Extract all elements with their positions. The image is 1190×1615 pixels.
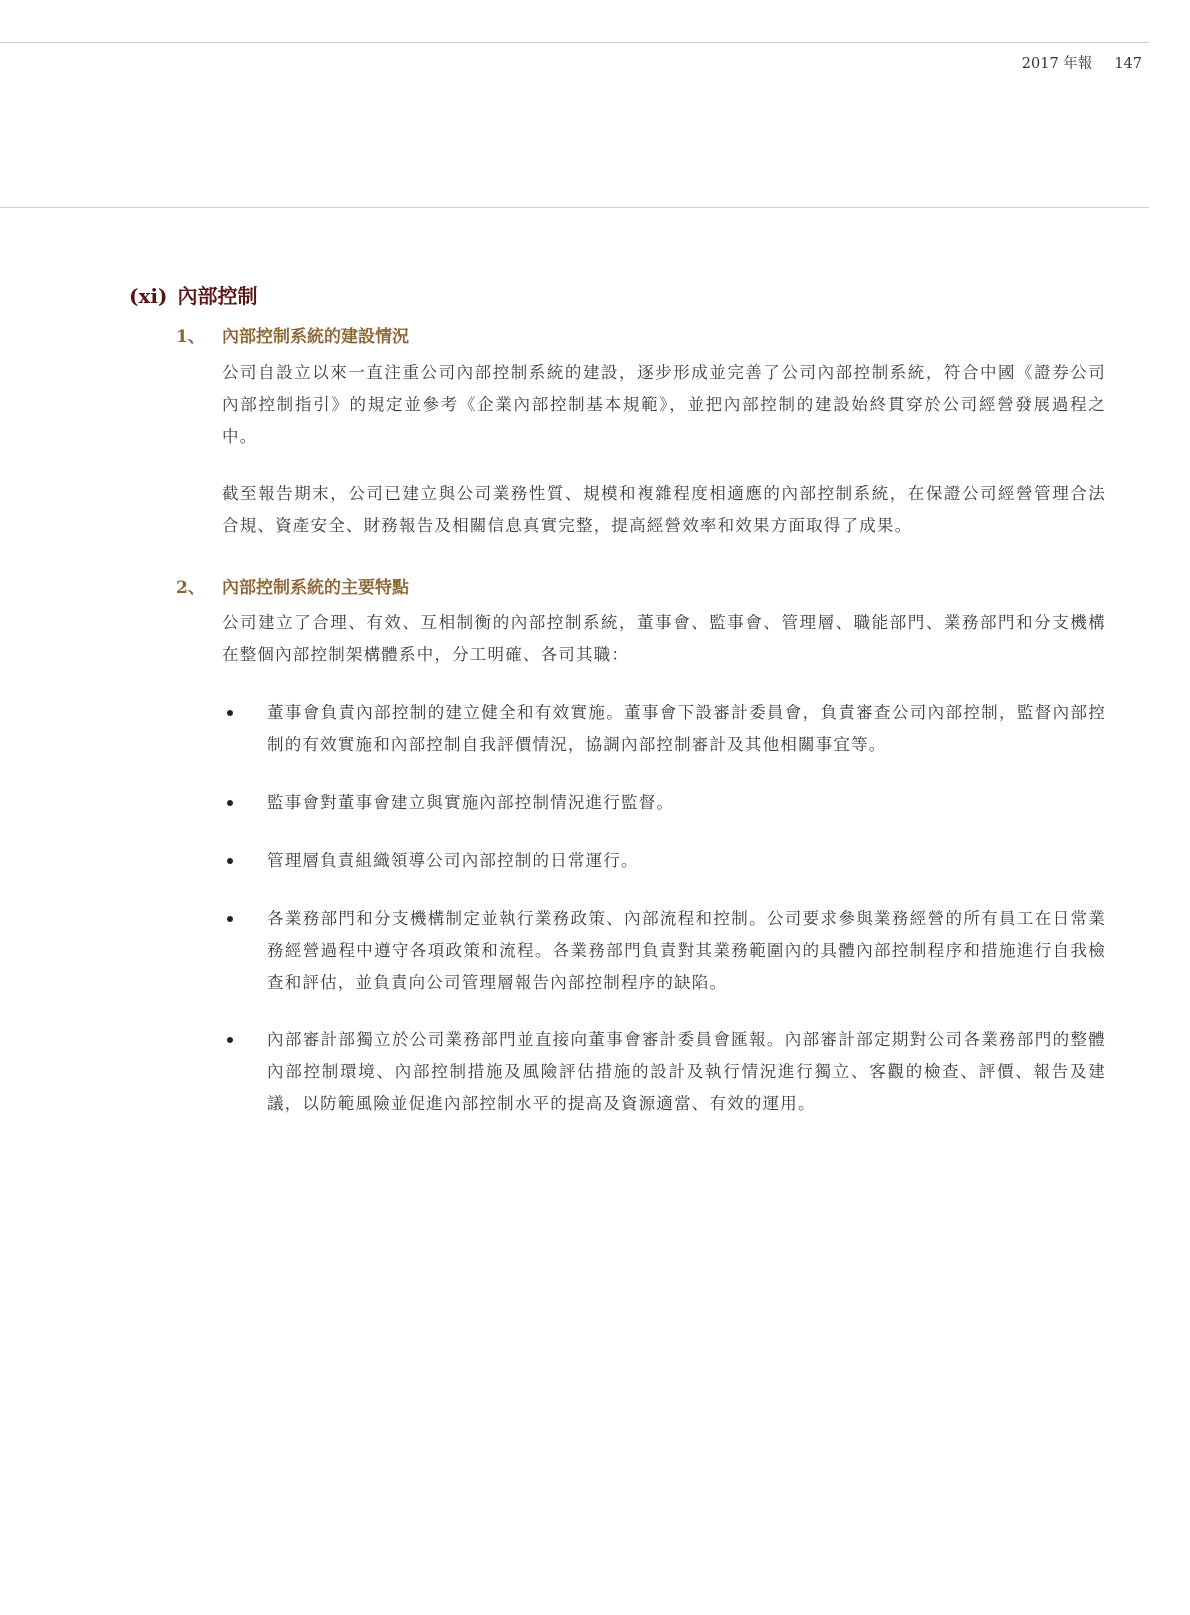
section-heading: (xi)內部控制 [129, 280, 257, 309]
section-divider [0, 207, 1149, 208]
list-item: 管理層負責組織領導公司內部控制的日常運行。 [222, 845, 1106, 877]
bullet-icon [227, 916, 233, 922]
paragraph: 公司建立了合理、有效、互相制衡的內部控制系統，董事會、監事會、管理層、職能部門、… [222, 607, 1106, 671]
bullet-icon [227, 800, 233, 806]
paragraph: 截至報告期末，公司已建立與公司業務性質、規模和複雜程度相適應的內部控制系統，在保… [222, 478, 1106, 542]
bullet-icon [227, 710, 233, 716]
list-item-text: 董事會負責內部控制的建立健全和有效實施。董事會下設審計委員會，負責審查公司內部控… [267, 697, 1106, 761]
header-rule [0, 42, 1149, 43]
page-number: 147 [1114, 56, 1142, 72]
page-header: 2017 年報147 [1022, 52, 1142, 73]
list-item: 監事會對董事會建立與實施內部控制情況進行監督。 [222, 787, 1106, 819]
list-item-text: 內部審計部獨立於公司業務部門並直接向董事會審計委員會匯報。內部審計部定期對公司各… [267, 1024, 1106, 1120]
list-item: 內部審計部獨立於公司業務部門並直接向董事會審計委員會匯報。內部審計部定期對公司各… [222, 1024, 1106, 1120]
bullet-icon [227, 1037, 233, 1043]
list-item: 各業務部門和分支機構制定並執行業務政策、內部流程和控制。公司要求參與業務經營的所… [222, 903, 1106, 999]
subsection-number: 2、 [176, 573, 222, 598]
subsection-heading-2: 2、內部控制系統的主要特點 [176, 573, 409, 598]
list-item-text: 管理層負責組織領導公司內部控制的日常運行。 [267, 845, 1106, 877]
report-title: 2017 年報 [1022, 56, 1093, 72]
paragraph: 公司自設立以來一直注重公司內部控制系統的建設，逐步形成並完善了公司內部控制系統，… [222, 357, 1106, 453]
subsection-heading-1: 1、內部控制系統的建設情況 [176, 322, 409, 347]
subsection-title: 內部控制系統的主要特點 [222, 578, 409, 598]
section-number: (xi) [129, 284, 167, 308]
bullet-icon [227, 858, 233, 864]
subsection-number: 1、 [176, 322, 222, 347]
subsection-title: 內部控制系統的建設情況 [222, 327, 409, 347]
section-title: 內部控制 [177, 284, 257, 308]
list-item-text: 各業務部門和分支機構制定並執行業務政策、內部流程和控制。公司要求參與業務經營的所… [267, 903, 1106, 999]
list-item-text: 監事會對董事會建立與實施內部控制情況進行監督。 [267, 787, 1106, 819]
list-item: 董事會負責內部控制的建立健全和有效實施。董事會下設審計委員會，負責審查公司內部控… [222, 697, 1106, 761]
